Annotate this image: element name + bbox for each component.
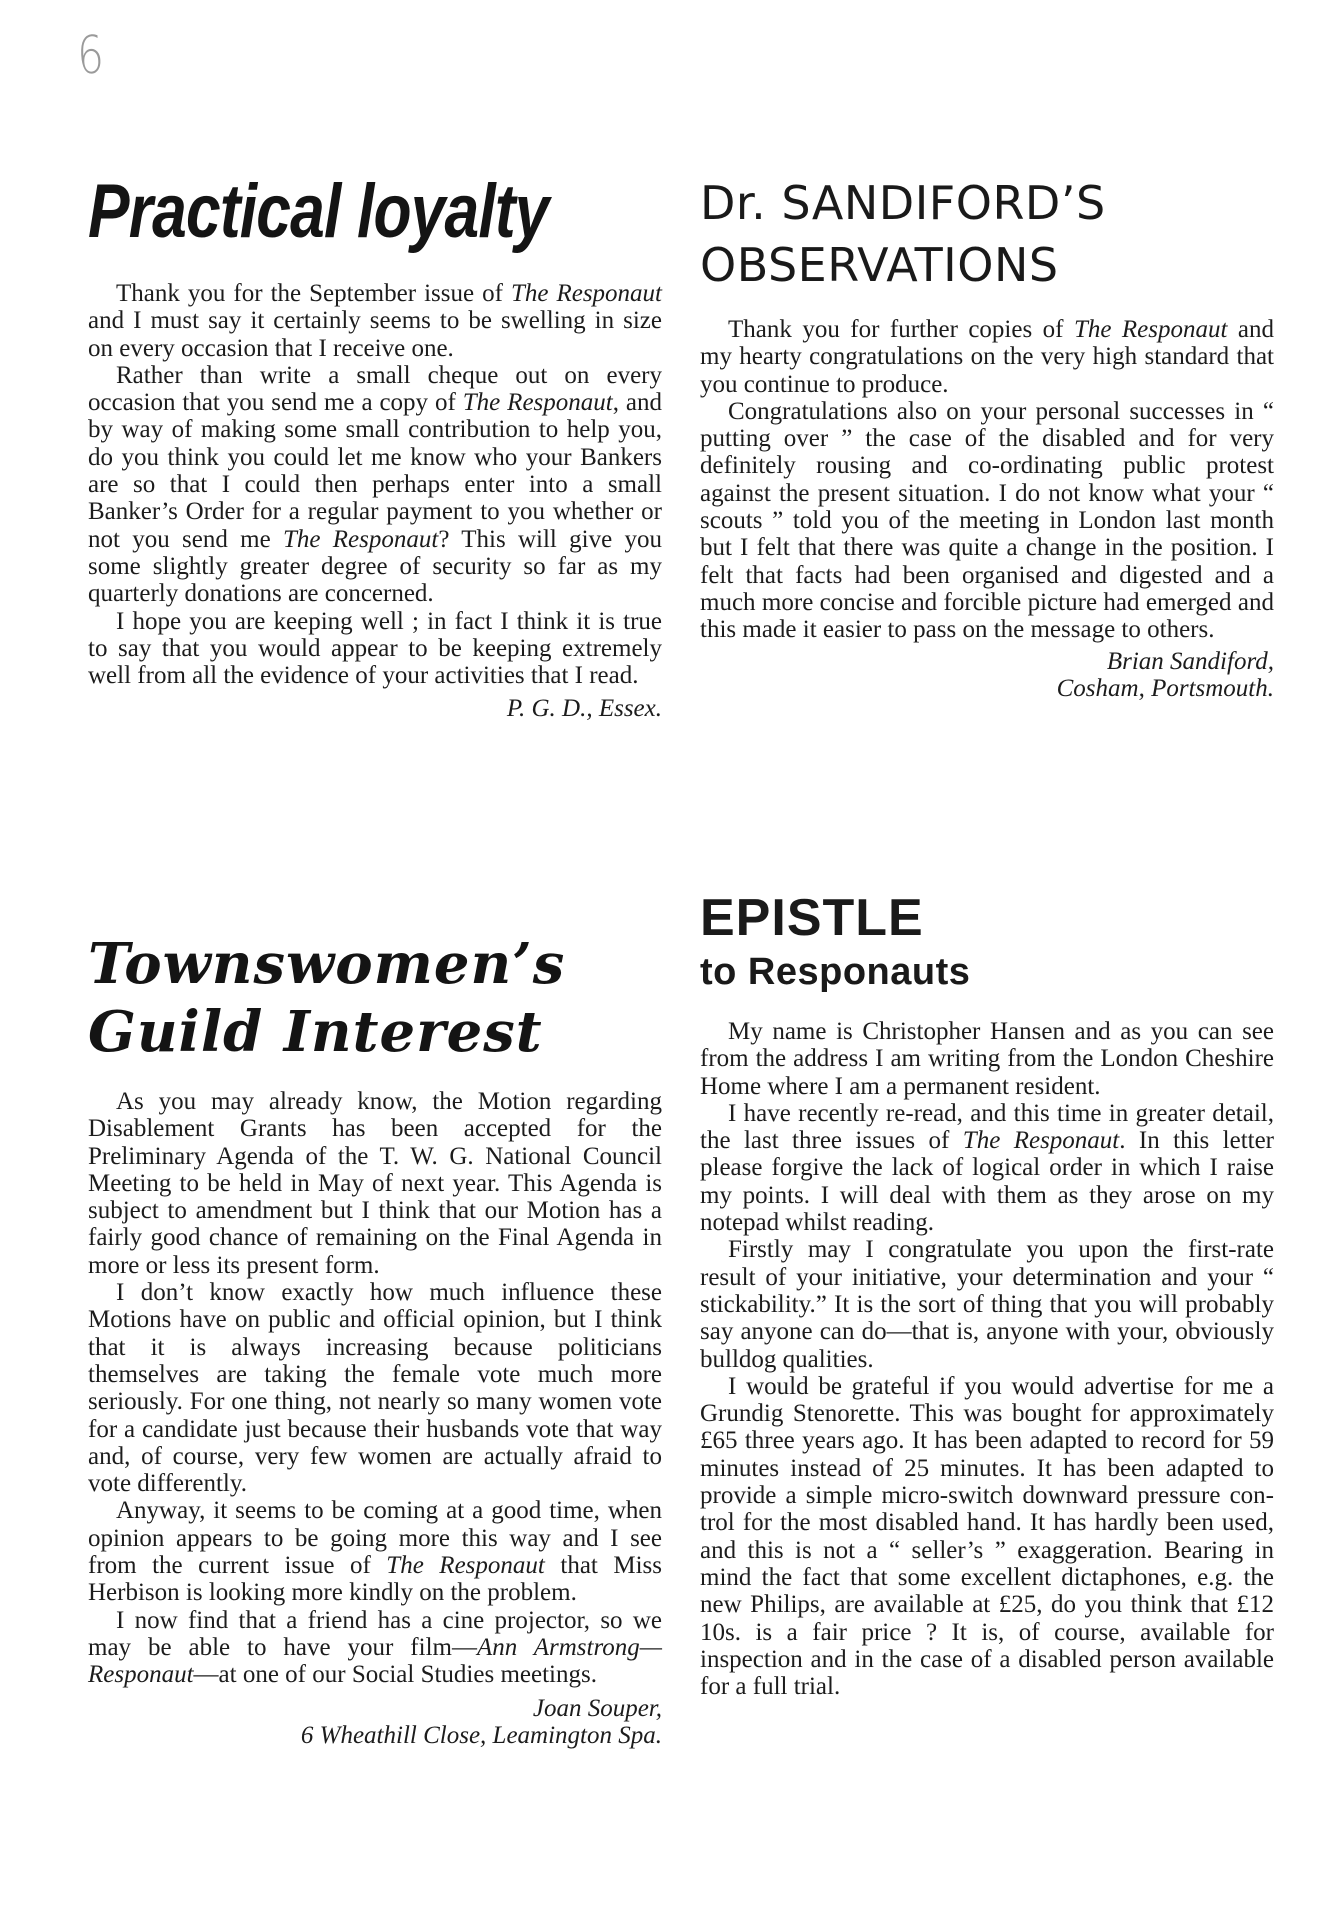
paragraph: I don’t know exactly how much influence … bbox=[88, 1279, 662, 1497]
italic-title: The Responaut bbox=[963, 1127, 1119, 1154]
signature-line: Brian Sandiford, bbox=[700, 648, 1274, 675]
article-title-line-2: OBSERVATIONS bbox=[700, 234, 1274, 296]
signature-line: Joan Souper, bbox=[88, 1695, 662, 1722]
signature: P. G. D., Essex. bbox=[88, 695, 662, 722]
signature-line: P. G. D., Essex. bbox=[88, 695, 662, 722]
paragraph: I have recently re-read, and this time i… bbox=[700, 1100, 1274, 1236]
article-body: As you may already know, the Motion rega… bbox=[88, 1088, 662, 1689]
article-title-line-1: Dr. SANDIFORD’S bbox=[700, 172, 1274, 234]
paragraph: Congratulations also on your personal su… bbox=[700, 398, 1274, 644]
paragraph: Rather than write a small cheque out on … bbox=[88, 362, 662, 608]
article-practical-loyalty: Practical loyalty Thank you for the Sept… bbox=[88, 172, 662, 723]
paragraph: Firstly may I congratulate you upon the … bbox=[700, 1236, 1274, 1372]
article-title: EPISTLE bbox=[700, 888, 1274, 948]
signature-line: Cosham, Portsmouth. bbox=[700, 675, 1274, 702]
paragraph: As you may already know, the Motion rega… bbox=[88, 1088, 662, 1279]
italic-title: Ann Armstrong—Responaut bbox=[88, 1634, 662, 1688]
paragraph: I would be grateful if you would adverti… bbox=[700, 1373, 1274, 1701]
italic-title: The Responaut bbox=[283, 526, 438, 553]
article-body: Thank you for further copies of The Resp… bbox=[700, 316, 1274, 644]
article-body: Thank you for the September issue of The… bbox=[88, 280, 662, 689]
article-body: My name is Christopher Hansen and as you… bbox=[700, 1018, 1274, 1700]
article-title-line-1: Townswomen’s bbox=[88, 930, 662, 998]
article-title-line-2: Guild Interest bbox=[88, 998, 662, 1066]
paragraph: Thank you for the September issue of The… bbox=[88, 280, 662, 362]
signature: Brian Sandiford,Cosham, Portsmouth. bbox=[700, 648, 1274, 703]
article-sandiford-observations: Dr. SANDIFORD’S OBSERVATIONS Thank you f… bbox=[700, 172, 1274, 702]
signature-line: 6 Wheathill Close, Leamington Spa. bbox=[88, 1722, 662, 1749]
paragraph: Anyway, it seems to be coming at a good … bbox=[88, 1497, 662, 1606]
paragraph: My name is Christopher Hansen and as you… bbox=[700, 1018, 1274, 1100]
article-subtitle: to Responauts bbox=[700, 948, 1274, 996]
italic-title: The Responaut bbox=[386, 1552, 545, 1579]
article-townswomens-guild: Townswomen’s Guild Interest As you may a… bbox=[88, 930, 662, 1749]
italic-title: The Responaut bbox=[463, 389, 613, 416]
paragraph: I now find that a friend has a cine proj… bbox=[88, 1607, 662, 1689]
signature: Joan Souper,6 Wheathill Close, Leamingto… bbox=[88, 1695, 662, 1750]
article-title: Practical loyalty bbox=[88, 172, 559, 252]
article-epistle-to-responauts: EPISTLE to Responauts My name is Christo… bbox=[700, 888, 1274, 1700]
italic-title: The Responaut bbox=[511, 280, 662, 307]
paragraph: Thank you for further copies of The Resp… bbox=[700, 316, 1274, 398]
italic-title: The Responaut bbox=[1074, 316, 1228, 343]
paragraph: I hope you are keeping well ; in fact I … bbox=[88, 608, 662, 690]
page-number: 6 bbox=[76, 25, 106, 87]
